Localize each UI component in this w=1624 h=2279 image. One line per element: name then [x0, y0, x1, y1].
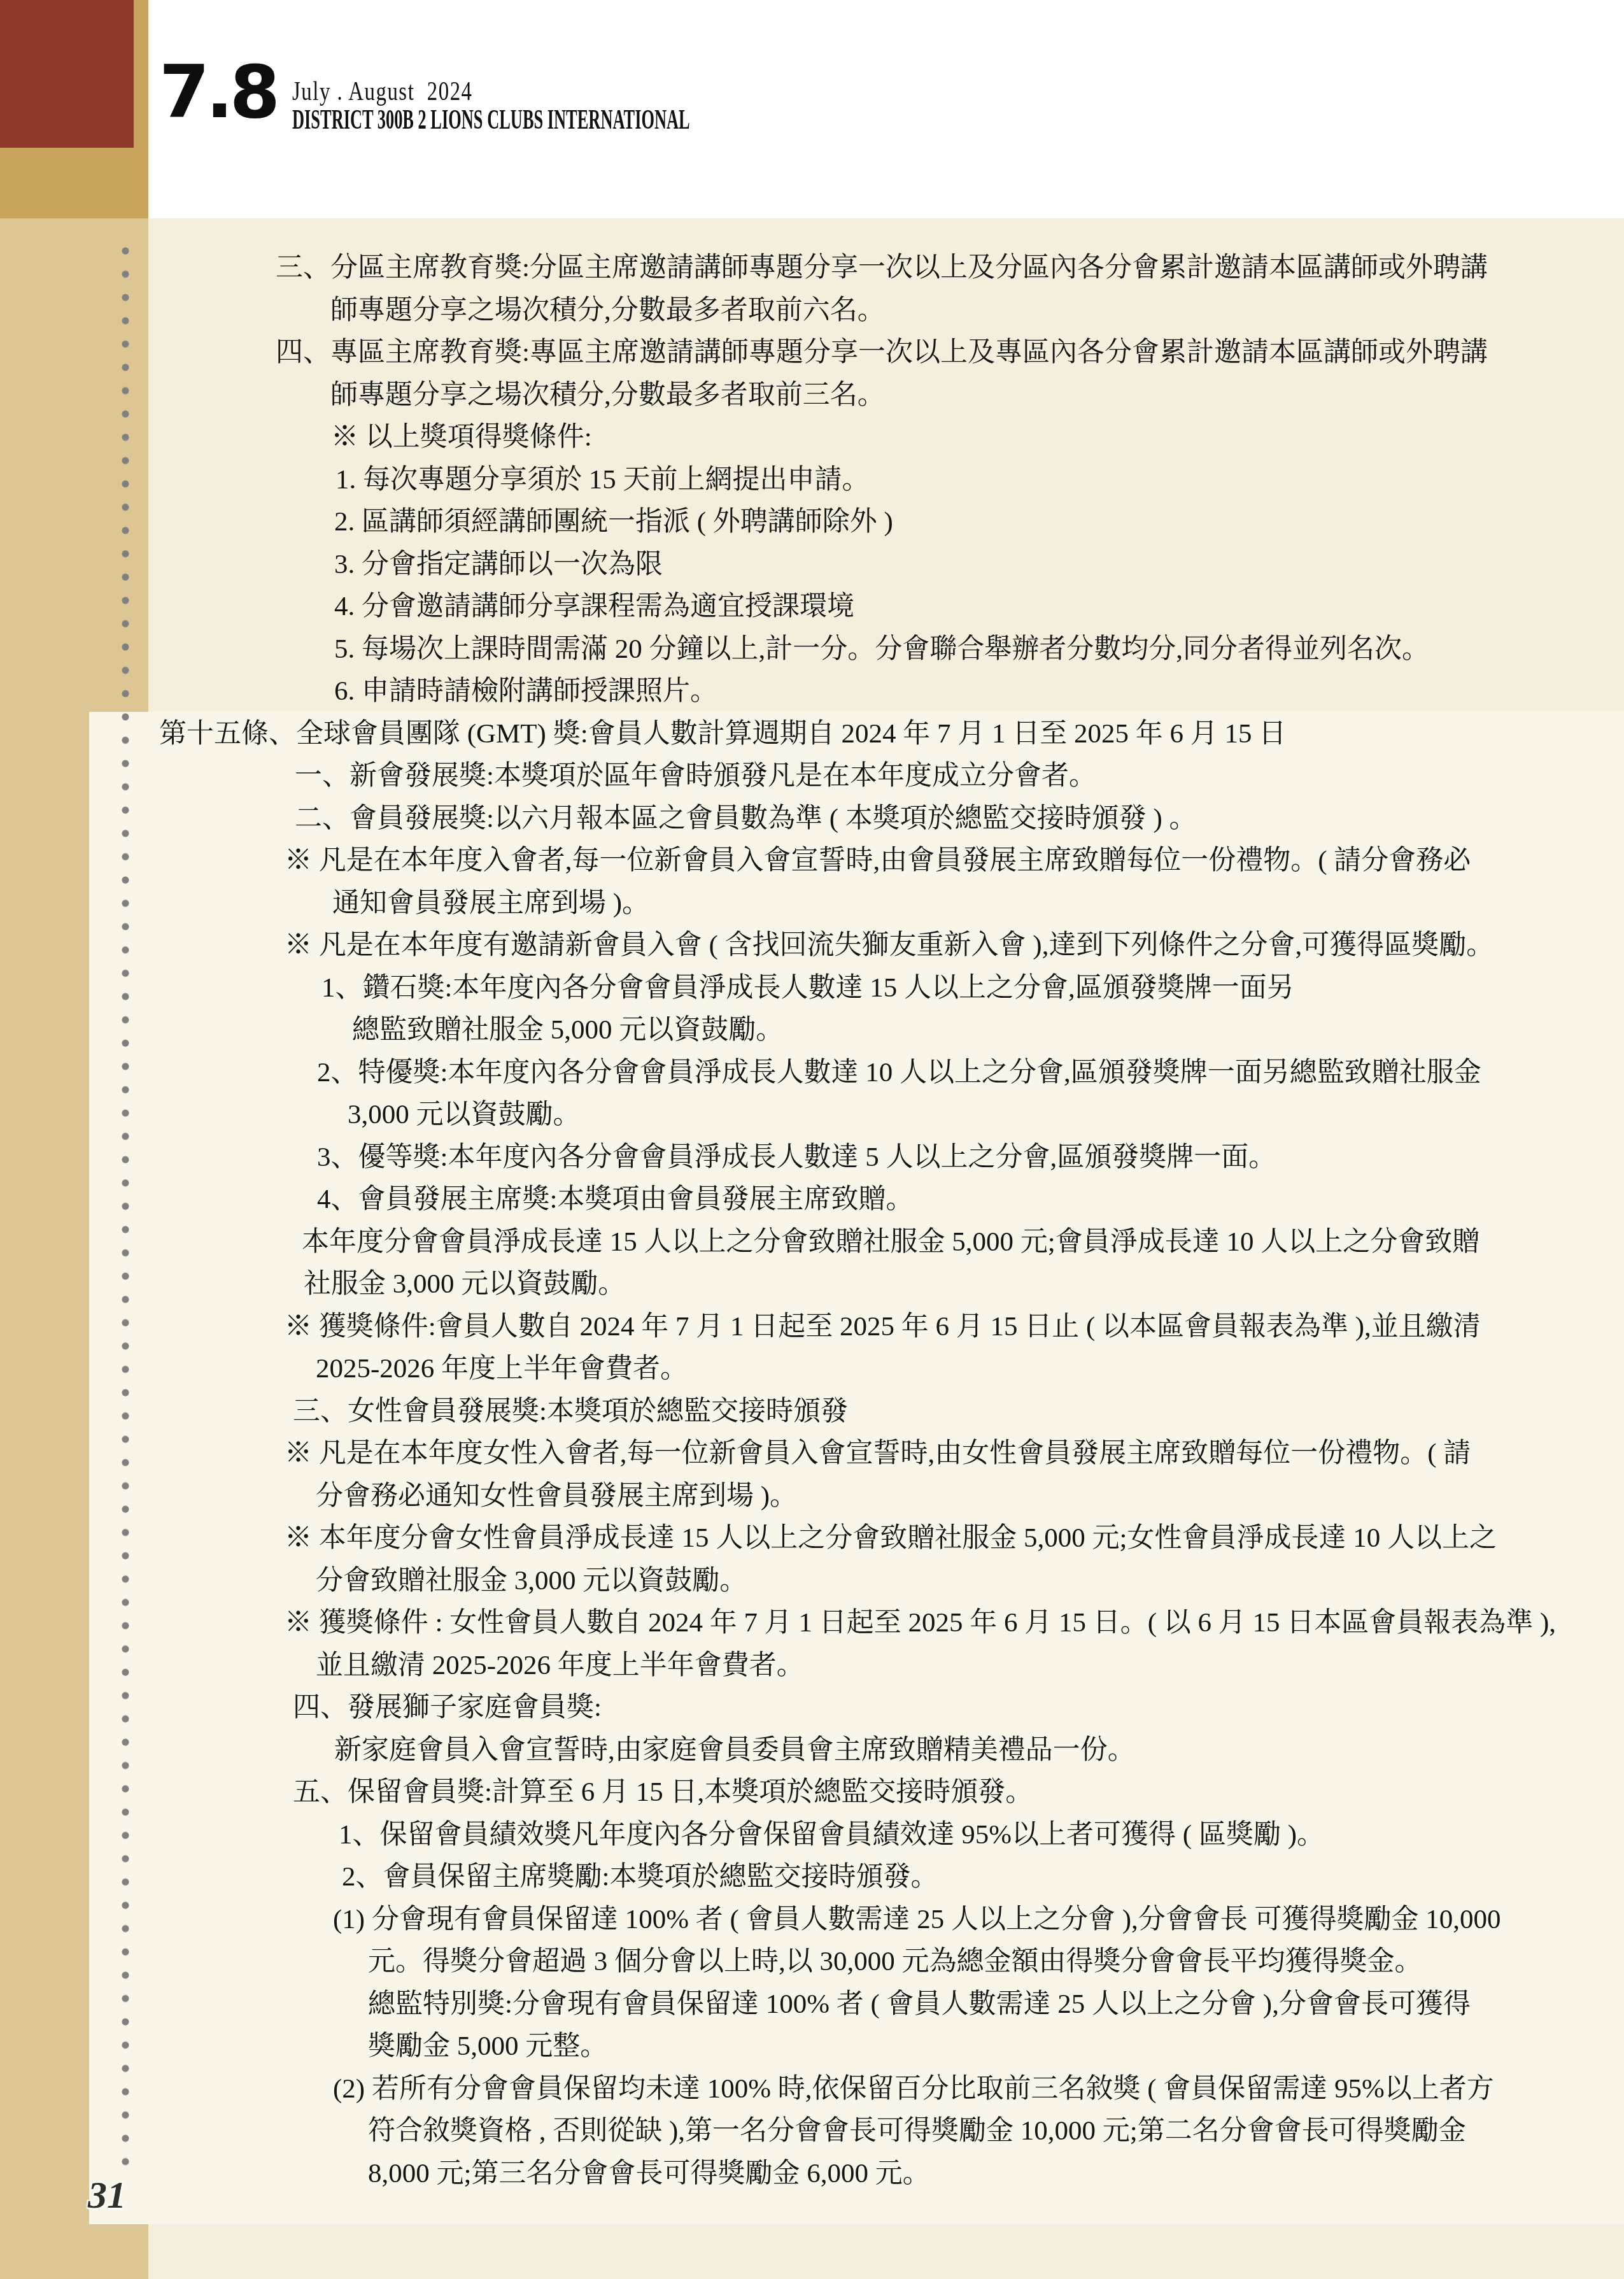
text-line: 分會務必通知女性會員發展主席到場 )。	[316, 1475, 1585, 1518]
text-line: 2、特優獎:本年度內各分會會員淨成長人數達 10 人以上之分會,區頒發獎牌一面另…	[317, 1052, 1585, 1095]
text-line: 3. 分會指定講師以一次為限	[334, 544, 1585, 586]
text-line: 5. 每場次上課時間需滿 20 分鐘以上,計一分。分會聯合舉辦者分數均分,同分者…	[334, 628, 1585, 671]
organization-title: DISTRICT 300B 2 LIONS CLUBS INTERNATIONA…	[292, 106, 690, 134]
text-line: ※ 獲獎條件:會員人數自 2024 年 7 月 1 日起至 2025 年 6 月…	[285, 1306, 1585, 1349]
text-line: 總監特別獎:分會現有會員保留達 100% 者 ( 會員人數需達 25 人以上之分…	[368, 1984, 1585, 2026]
text-line: 2、會員保留主席獎勵:本獎項於總監交接時頒發。	[342, 1856, 1585, 1899]
text-line: 元。得獎分會超過 3 個分會以上時,以 30,000 元為總金額由得獎分會會長平…	[368, 1941, 1585, 1984]
text-line: ※ 獲獎條件 : 女性會員人數自 2024 年 7 月 1 日起至 2025 年…	[285, 1602, 1585, 1645]
body-text: 三、分區主席教育獎:分區主席邀請講師專題分享一次以上及分區內各分會累計邀請本區講…	[159, 247, 1585, 2195]
issue-date: July . August 2024	[292, 78, 809, 106]
issue-meta: July . August 2024 DISTRICT 300B 2 LIONS…	[292, 78, 955, 134]
text-line: (2) 若所有分會會員保留均未達 100% 時,依保留百分比取前三名敘獎 ( 會…	[333, 2068, 1585, 2111]
dotted-separator-line	[121, 246, 130, 2178]
text-line: 8,000 元;第三名分會會長可得獎勵金 6,000 元。	[368, 2153, 1585, 2196]
text-line: 4. 分會邀請講師分享課程需為適宜授課環境	[334, 586, 1585, 628]
text-line: 並且繳清 2025-2026 年度上半年會費者。	[316, 1645, 1585, 1687]
text-line: 三、女性會員發展獎:本獎項於總監交接時頒發	[293, 1391, 1585, 1433]
text-line: 五、保留會員獎:計算至 6 月 15 日,本獎項於總監交接時頒發。	[293, 1771, 1585, 1814]
text-line: 通知會員發展主席到場 )。	[332, 883, 1585, 925]
text-line: ※ 以上獎項得獎條件:	[331, 416, 1585, 459]
text-line: ※ 凡是在本年度有邀請新會員入會 ( 含找回流失獅友重新入會 ),達到下列條件之…	[285, 925, 1585, 967]
text-line: ※ 凡是在本年度女性入會者,每一位新會員入會宣誓時,由女性會員發展主席致贈每位一…	[285, 1433, 1585, 1475]
text-line: 第十五條、全球會員團隊 (GMT) 獎:會員人數計算週期自 2024 年 7 月…	[159, 713, 1585, 756]
text-line: 師專題分享之場次積分,分數最多者取前三名。	[330, 374, 1585, 417]
text-line: 6. 申請時請檢附講師授課照片。	[334, 671, 1585, 713]
text-line: 新家庭會員入會宣誓時,由家庭會員委員會主席致贈精美禮品一份。	[334, 1729, 1585, 1772]
text-line: 3、優等獎:本年度內各分會會員淨成長人數達 5 人以上之分會,區頒發獎牌一面。	[317, 1137, 1585, 1179]
text-line: 本年度分會會員淨成長達 15 人以上之分會致贈社服金 5,000 元;會員淨成長…	[302, 1221, 1585, 1264]
text-line: 四、專區主席教育獎:專區主席邀請講師專題分享一次以上及專區內各分會累計邀請本區講…	[276, 332, 1585, 374]
text-line: 2025-2026 年度上半年會費者。	[316, 1348, 1585, 1391]
text-line: 四、發展獅子家庭會員獎:	[293, 1687, 1585, 1729]
text-line: 社服金 3,000 元以資鼓勵。	[304, 1263, 1585, 1306]
text-line: 分會致贈社服金 3,000 元以資鼓勵。	[316, 1560, 1585, 1603]
issue-number: 7.8	[159, 56, 276, 129]
text-line: ※ 凡是在本年度入會者,每一位新會員入會宣誓時,由會員發展主席致贈每位一份禮物。…	[285, 840, 1585, 883]
text-line: 1、鑽石獎:本年度內各分會會員淨成長人數達 15 人以上之分會,區頒發獎牌一面另	[321, 967, 1585, 1010]
text-line: 4、會員發展主席獎:本獎項由會員發展主席致贈。	[317, 1179, 1585, 1221]
text-line: 一、新會發展獎:本獎項於區年會時頒發凡是在本年度成立分會者。	[295, 755, 1585, 798]
text-line: 1. 每次專題分享須於 15 天前上網提出申請。	[335, 459, 1585, 502]
text-line: 總監致贈社服金 5,000 元以資鼓勵。	[352, 1009, 1585, 1052]
text-line: 符合敘獎資格 , 否則從缺 ),第一名分會會長可得獎勵金 10,000 元;第二…	[368, 2110, 1585, 2153]
text-line: ※ 本年度分會女性會員淨成長達 15 人以上之分會致贈社服金 5,000 元;女…	[285, 1517, 1585, 1560]
text-line: 1、保留會員績效獎凡年度內各分會保留會員績效達 95%以上者可獲得 ( 區獎勵 …	[339, 1814, 1585, 1857]
page-number: 31	[88, 2174, 126, 2216]
text-line: (1) 分會現有會員保留達 100% 者 ( 會員人數需達 25 人以上之分會 …	[333, 1899, 1585, 1942]
text-line: 2. 區講師須經講師團統一指派 ( 外聘講師除外 )	[334, 501, 1585, 544]
text-line: 二、會員發展獎:以六月報本區之會員數為準 ( 本獎項於總監交接時頒發 ) 。	[295, 798, 1585, 841]
text-line: 獎勵金 5,000 元整。	[368, 2026, 1585, 2068]
text-line: 師專題分享之場次積分,分數最多者取前六名。	[330, 290, 1585, 332]
magazine-page: 7.8 July . August 2024 DISTRICT 300B 2 L…	[0, 0, 1624, 2279]
text-line: 三、分區主席教育獎:分區主席邀請講師專題分享一次以上及分區內各分會累計邀請本區講…	[276, 247, 1585, 290]
text-line: 3,000 元以資鼓勵。	[348, 1094, 1585, 1137]
red-accent-block	[0, 0, 134, 148]
